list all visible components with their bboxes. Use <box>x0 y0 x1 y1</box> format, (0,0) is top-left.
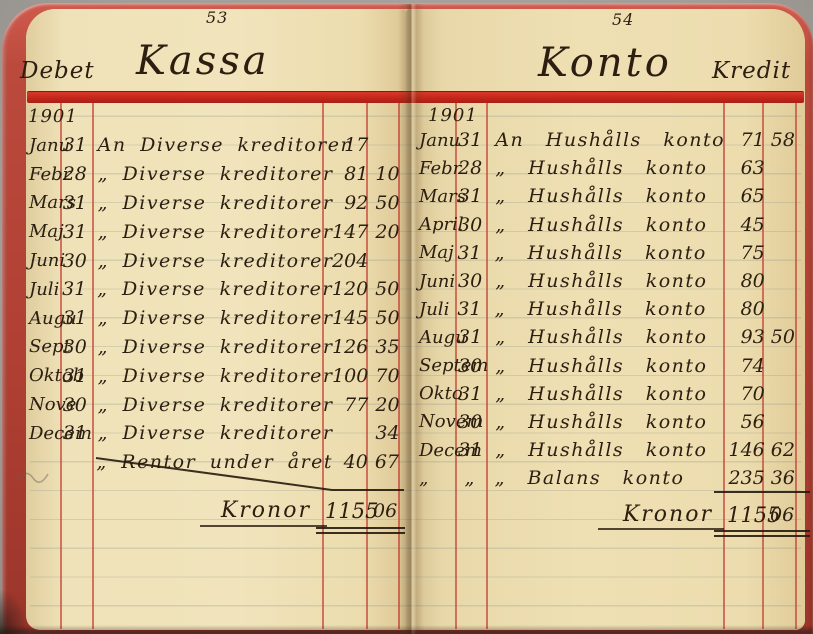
ledger-row: Augu31„ Diverse kreditorer14550 <box>28 304 405 333</box>
total-kronor: 1155 <box>727 503 766 527</box>
ledger-row: Juni30„ Hushålls konto80 <box>418 267 803 295</box>
cell-text: „ Hushålls konto <box>485 383 726 405</box>
cell-ore: 50 <box>371 278 405 300</box>
cell-day: 31 <box>60 422 90 444</box>
cell-text: „ Balans konto <box>485 467 727 489</box>
ledger-row: Oktob31„ Diverse kreditorer10070 <box>28 361 405 390</box>
cell-ore: 20 <box>371 221 405 243</box>
cell-day: 30 <box>60 250 90 272</box>
total-label: Kronor <box>28 498 325 523</box>
left-total-row: Kronor 1155 06 <box>28 498 405 523</box>
total-label: Kronor <box>418 502 727 527</box>
cell-day: 28 <box>455 157 485 179</box>
ledger-row: Febr28„ Hushålls konto63 <box>418 154 803 182</box>
konto-title: Konto <box>538 40 672 86</box>
cell-ore: 20 <box>371 394 405 416</box>
cell-month: Juli <box>418 299 454 320</box>
ledger-row: „„„ Balans konto23536 <box>418 464 803 492</box>
cell-month: Novem <box>418 411 455 432</box>
ledger-row: Juni30„ Diverse kreditorer204 <box>28 246 405 275</box>
cell-text: „ Diverse kreditorer <box>90 365 328 387</box>
cell-kronor: 235 <box>727 467 767 489</box>
ledger-row: Mars31„ Diverse kreditorer9250 <box>28 189 405 218</box>
cell-ore: 67 <box>371 451 405 473</box>
cell-month: Augu <box>28 308 60 329</box>
cell-day: 31 <box>60 134 90 156</box>
cell-month: Febr <box>28 164 60 185</box>
kassa-title: Kassa <box>136 38 270 84</box>
cell-kronor: 56 <box>727 411 767 433</box>
cell-kronor: 63 <box>727 157 767 179</box>
cell-month: Mars <box>418 186 455 207</box>
cell-text: „ Hushålls konto <box>485 242 727 264</box>
ledger-row: Septem30„ Hushålls konto74 <box>418 352 803 380</box>
cell-month: Juni <box>418 271 455 292</box>
ledger-row: April30„ Hushålls konto45 <box>418 211 803 239</box>
cell-text: „ Hushålls konto <box>485 439 726 461</box>
cell-day: 30 <box>60 394 90 416</box>
cell-text: „ Hushålls konto <box>485 298 727 320</box>
cell-text: „ Hushålls konto <box>485 157 726 179</box>
cell-text: „ Diverse kreditorer <box>90 192 328 214</box>
cell-kronor: 92 <box>328 192 372 214</box>
cell-text: An Hushålls konto <box>485 129 726 151</box>
cell-ore: 58 <box>767 129 803 151</box>
cell-text: „ Diverse kreditorer <box>90 307 328 329</box>
cell-day: 31 <box>455 383 485 405</box>
cell-ore: 50 <box>767 326 803 348</box>
cell-day: 31 <box>455 326 485 348</box>
cell-text: „ Diverse kreditorer <box>89 278 327 300</box>
ledger-row: Decem31„ Diverse kreditorer34 <box>28 419 405 448</box>
cell-ore: 70 <box>371 365 405 387</box>
cell-kronor: 45 <box>727 214 767 236</box>
cell-month: Juli <box>28 279 59 300</box>
cell-month: Decem <box>28 423 60 444</box>
cell-kronor: 80 <box>727 270 767 292</box>
cell-month: „ <box>418 468 454 489</box>
cell-text: „ Hushålls konto <box>485 411 726 433</box>
cell-text: „ Hushålls konto <box>485 355 726 377</box>
cell-month: Nove <box>28 394 60 415</box>
cell-day: 31 <box>455 129 485 151</box>
ledger-row: Decem31„ Hushålls konto14662 <box>418 436 803 464</box>
cell-kronor: 93 <box>727 326 767 348</box>
ledger-row: Mars31„ Hushålls konto65 <box>418 182 803 210</box>
cell-kronor: 75 <box>727 242 767 264</box>
cell-month: Oktob <box>28 365 60 386</box>
cell-month: Sept <box>28 336 60 357</box>
cell-day: 31 <box>454 242 484 264</box>
ledger-row: Janu31An Diverse kreditorer17 <box>28 131 405 160</box>
cell-text: „ Hushålls konto <box>485 270 726 292</box>
cell-text: „ Diverse kreditorer <box>90 422 328 444</box>
cell-month: Maj <box>418 242 454 263</box>
right-total-row: Kronor 1155 06 <box>418 502 803 527</box>
ledger-row: Novem30„ Hushålls konto56 <box>418 408 803 436</box>
page-number-left: 53 <box>206 8 228 27</box>
cell-ore: 62 <box>767 439 803 461</box>
cell-month: Febr <box>418 158 455 179</box>
total-ore: 06 <box>766 504 803 526</box>
cell-text: „ Hushålls konto <box>485 185 726 207</box>
cell-text: „ Diverse kreditorer <box>90 250 328 272</box>
ledger-row: Sept30„ Diverse kreditorer12635 <box>28 333 405 362</box>
cell-day: 31 <box>455 439 485 461</box>
total-kronor: 1155 <box>325 499 369 523</box>
cell-text: „ Diverse kreditorer <box>90 163 328 185</box>
cell-kronor: 70 <box>727 383 767 405</box>
cell-day: 28 <box>60 163 90 185</box>
cell-text: „ Hushålls konto <box>485 326 726 348</box>
cell-ore: 50 <box>371 192 405 214</box>
cell-ore: 34 <box>371 422 405 444</box>
ledger-row: Juli31„ Hushålls konto80 <box>418 295 803 323</box>
cell-day: 31 <box>454 298 484 320</box>
cell-kronor: 120 <box>327 278 371 300</box>
ledger-row: Augu31„ Hushålls konto9350 <box>418 323 803 351</box>
cell-month: Decem <box>418 440 455 461</box>
cell-kronor: 74 <box>727 355 767 377</box>
corner-shadow <box>0 588 30 634</box>
cell-text: „ Diverse kreditorer <box>90 394 328 416</box>
cell-month: Maj <box>28 221 60 242</box>
cell-kronor: 126 <box>328 336 372 358</box>
cell-ore: 50 <box>371 307 405 329</box>
ledger-row: Nove30„ Diverse kreditorer7720 <box>28 390 405 419</box>
bottom-shadow <box>0 625 813 634</box>
cell-day: 30 <box>455 214 485 236</box>
cell-month: Okto <box>418 383 455 404</box>
cell-day: 30 <box>455 270 485 292</box>
ledger-row: Juli31„ Diverse kreditorer12050 <box>28 275 405 304</box>
cell-text: „ Rentor under året <box>88 451 326 473</box>
cell-kronor: 81 <box>328 163 372 185</box>
total-ore: 06 <box>369 500 405 522</box>
cell-day: 31 <box>59 278 89 300</box>
cell-day: 31 <box>60 365 90 387</box>
cell-text: „ Diverse kreditorer <box>90 221 328 243</box>
cell-text: „ Hushålls konto <box>485 214 726 236</box>
cell-kronor: 40 <box>326 451 370 473</box>
cell-kronor: 80 <box>727 298 767 320</box>
year-label-right: 1901 <box>428 105 478 126</box>
debet-label: Debet <box>20 58 95 84</box>
cell-kronor: 100 <box>328 365 372 387</box>
cell-ore: 10 <box>371 163 405 185</box>
cell-month: April <box>418 214 455 235</box>
page-number-right: 54 <box>612 10 634 29</box>
ledger-row: Maj31„ Hushålls konto75 <box>418 239 803 267</box>
cell-day: 31 <box>60 307 90 329</box>
cell-kronor: 77 <box>328 394 372 416</box>
cell-kronor: 146 <box>727 439 767 461</box>
cell-month: Janu <box>28 135 60 156</box>
ledger-row: Okto31„ Hushålls konto70 <box>418 380 803 408</box>
right-page-entries: Janu31An Hushålls konto7158Febr28„ Hushå… <box>418 126 803 492</box>
cell-day: 31 <box>60 192 90 214</box>
ledger-row: Janu31An Hushålls konto7158 <box>418 126 803 154</box>
cell-month: Septem <box>418 355 455 376</box>
cell-day: 30 <box>60 336 90 358</box>
cell-text: An Diverse kreditorer <box>90 134 328 156</box>
cell-month: Janu <box>418 130 455 151</box>
cell-kronor: 17 <box>328 134 372 156</box>
cell-day: 30 <box>455 355 485 377</box>
left-page-entries: Janu31An Diverse kreditorer17Febr28„ Div… <box>28 131 405 477</box>
cell-kronor: 65 <box>727 185 767 207</box>
cell-ore: 35 <box>371 336 405 358</box>
cell-kronor: 145 <box>328 307 372 329</box>
kredit-label: Kredit <box>712 58 791 84</box>
ledger-row: „ Rentor under året4067 <box>28 448 405 477</box>
cell-text: „ Diverse kreditorer <box>90 336 328 358</box>
cell-month: Juni <box>28 250 60 271</box>
cell-month: Mars <box>28 192 60 213</box>
cell-day: 31 <box>455 185 485 207</box>
cell-day: „ <box>454 467 484 489</box>
year-label-left: 1901 <box>28 106 78 127</box>
cell-kronor: 204 <box>328 250 372 272</box>
cell-day: 31 <box>60 221 90 243</box>
cell-day: 30 <box>455 411 485 433</box>
ledger-row: Maj31„ Diverse kreditorer14720 <box>28 217 405 246</box>
cell-kronor: 71 <box>727 129 767 151</box>
ledger-row: Febr28„ Diverse kreditorer8110 <box>28 160 405 189</box>
cell-ore: 36 <box>767 467 803 489</box>
cell-month: Augu <box>418 327 455 348</box>
cell-kronor: 147 <box>328 221 372 243</box>
ledger-book-photo: 53 54 Debet Kassa Konto Kredit 1901 1901… <box>0 0 813 634</box>
